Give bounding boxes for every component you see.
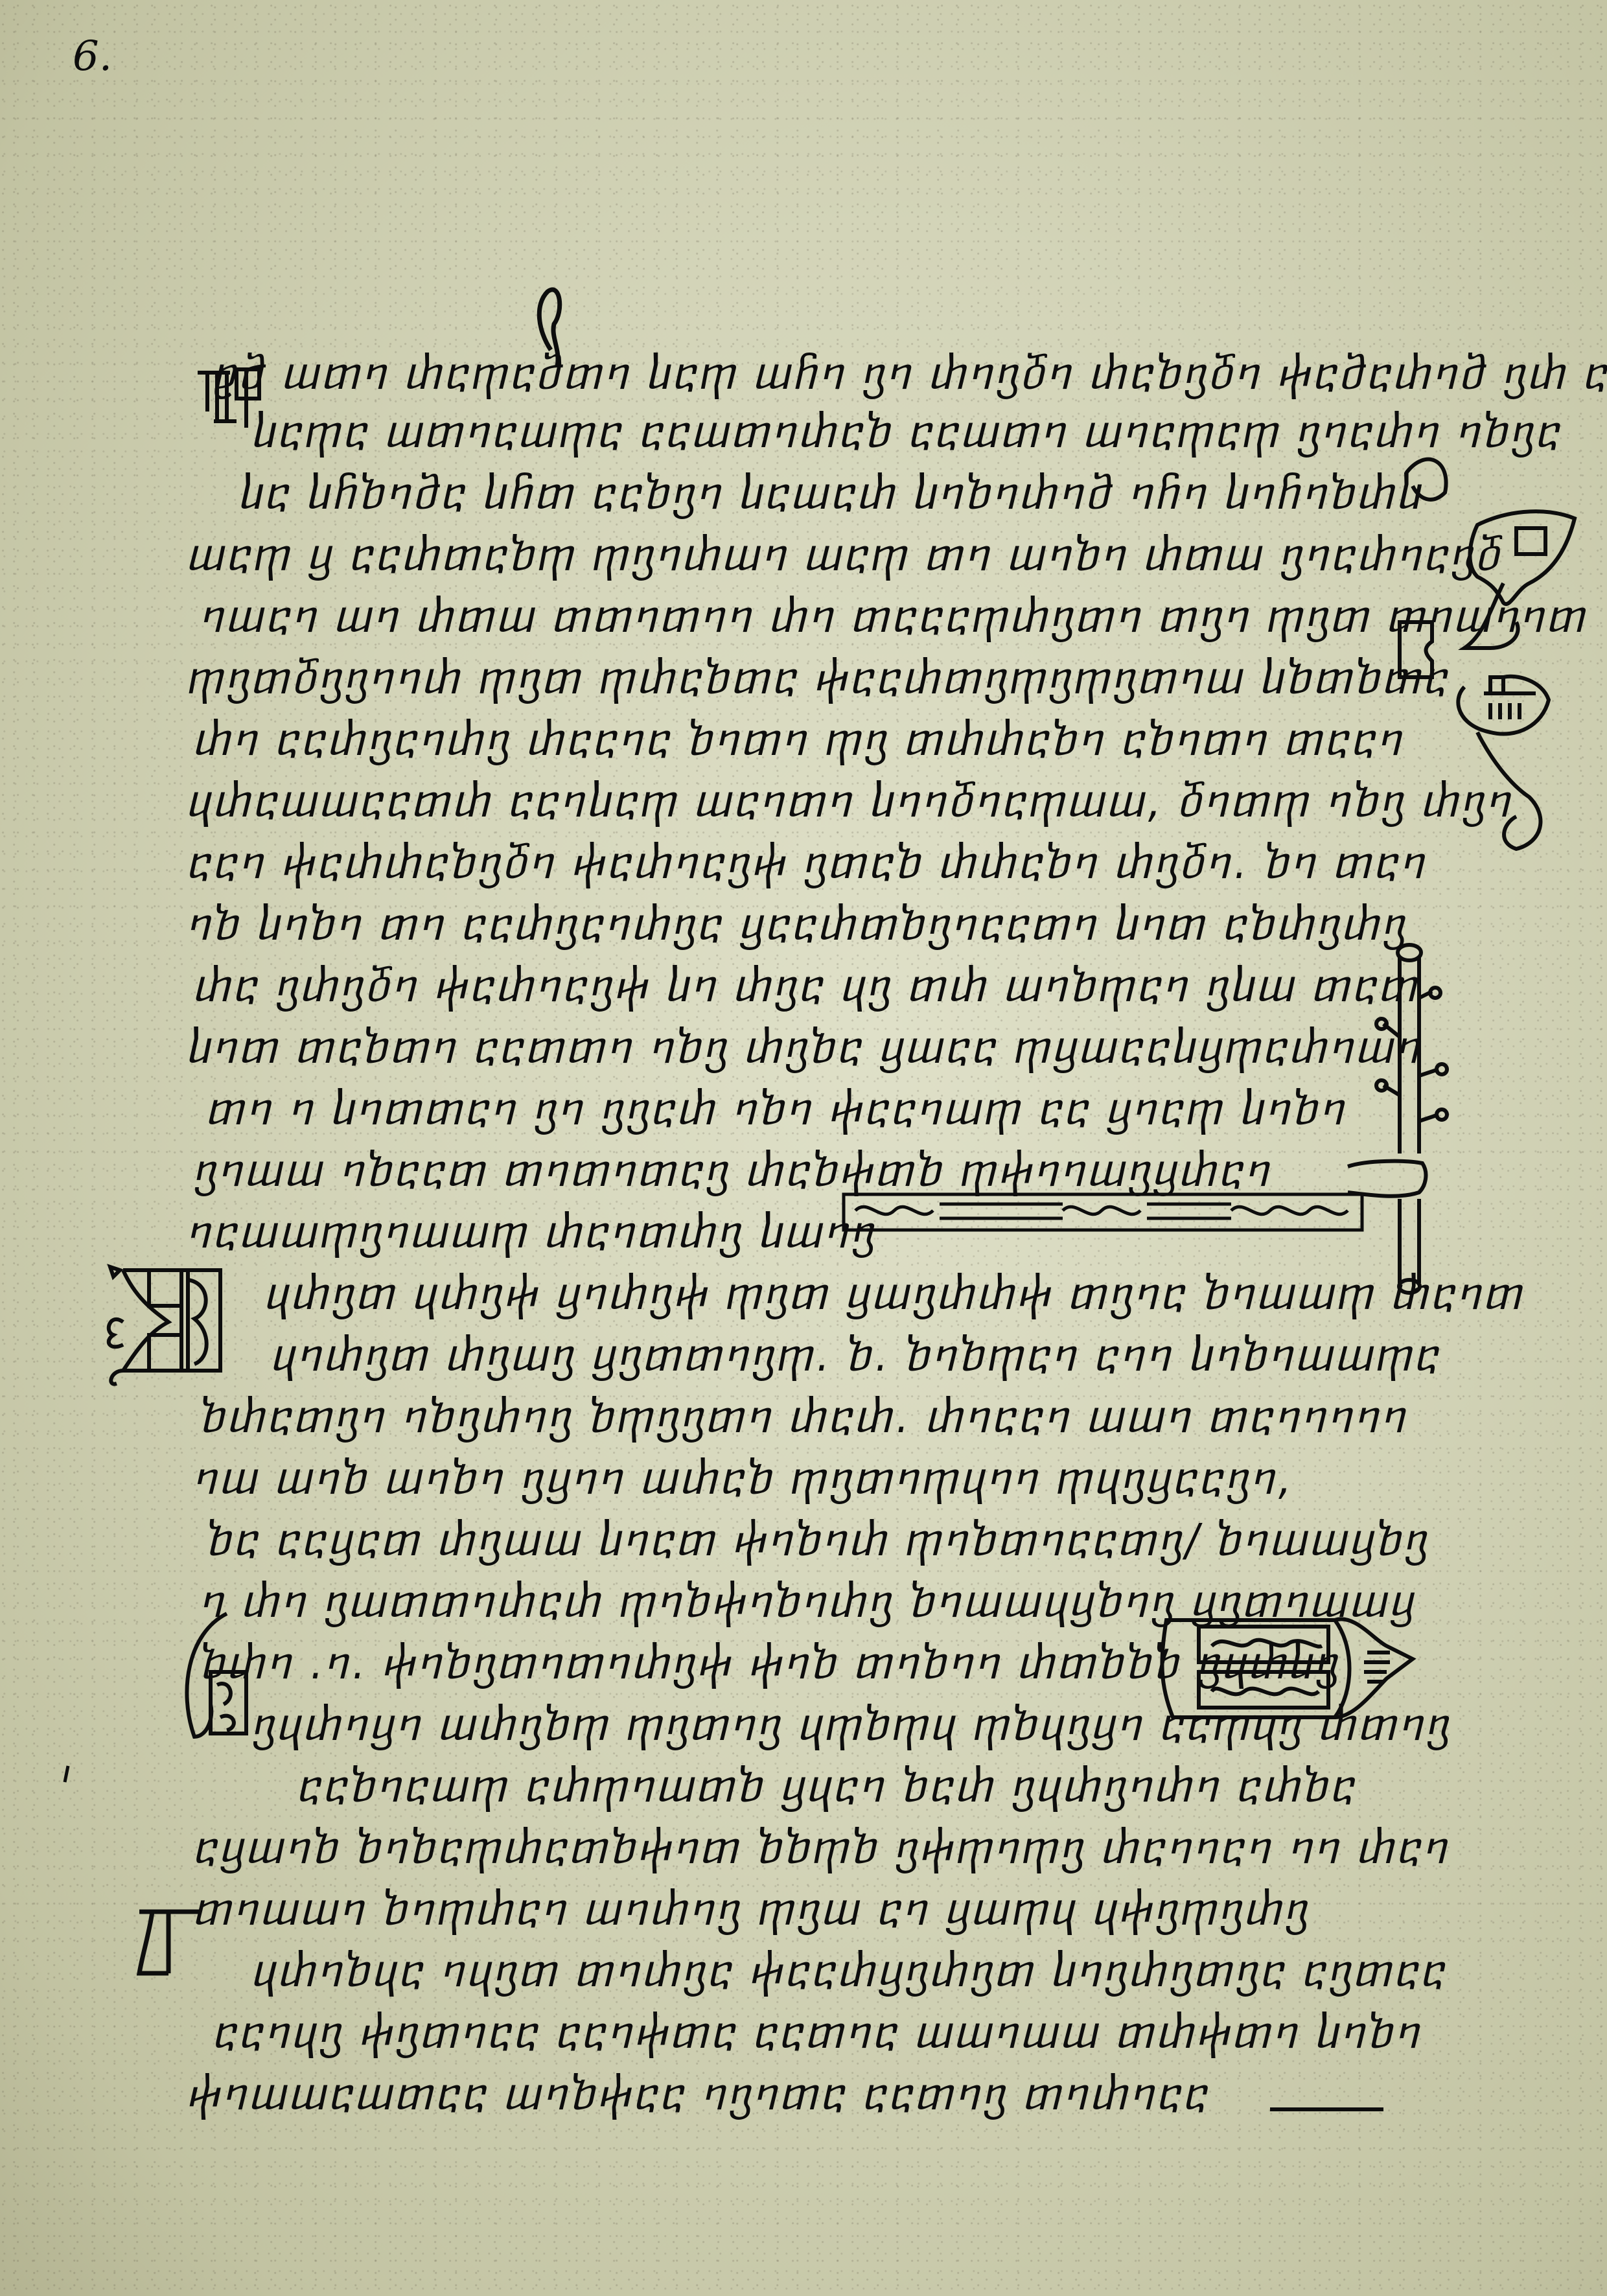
manuscript-line: ⴑⴈⴇ ⴇⴀⴆⴇⴈ ⴀⴀⴇⴇⴈ ⴈⴆⴂ ⴐⴂⴆⴀ ⴁⴍⴀⴀ ⴅⴁⴍⴀⴀⴑⴁⴅⴀⴐ… [188,1021,1424,1073]
initial-letter-bottom-icon [136,1908,207,1980]
manuscript-line: ⴂⴈⴍⴍ ⴈⴆⴀⴀⴇ ⴇⴈⴇⴈⴇⴀⴂ ⴐⴀⴆⴕⴇⴆ ⴅⴕⴈⴈⴍⴂⴁⴐⴀⴈ [194,1144,1273,1196]
manuscript-line: ⴑⴀ ⴑⴌⴆⴈⴋⴀ ⴑⴌⴇ ⴀⴀⴆⴂⴈ ⴑⴀⴍⴀⴐ ⴑⴈⴆⴈⴐⴈⴋ ⴈⴌⴈ ⴑⴈ… [240,467,1424,519]
manuscript-line: ⴐⴈ ⴀⴀⴐⴂⴀⴈⴐⴂ ⴐⴀⴀⴈⴀ ⴆⴈⴇⴈ ⴅⴂ ⴇⴐⴐⴀⴆⴈ ⴀⴆⴈⴇⴈ ⴇ… [194,713,1405,765]
manuscript-line: ⴒⴋ ⴍⴇⴈ ⴐⴀⴅⴀⴋⴇⴈ ⴑⴀⴅ ⴍⴌⴈ ⴂⴈ ⴐⴈⴂⴃⴈ ⴐⴀⴆⴂⴃⴈ ⴕ… [214,347,1607,399]
manuscript-line: ⴈⴍⴀⴈ ⴍⴈ ⴐⴇⴍ ⴇⴇⴈⴇⴈⴈ ⴐⴈ ⴇⴀⴀⴀⴅⴐⴂⴇⴈ ⴇⴂⴈ ⴅⴂⴇ … [201,590,1589,642]
manuscript-line: ⴈⴆ ⴑⴈⴆⴈ ⴇⴈ ⴀⴀⴐⴂⴀⴈⴐⴂⴀ ⴁⴀⴀⴐⴇⴆⴂⴈⴀⴀⴇⴈ ⴑⴈⴇ ⴀⴆ… [188,898,1409,950]
manuscript-line: ⴗⴐⴂⴇ ⴗⴐⴂⴕ ⴁⴈⴐⴂⴕ ⴅⴂⴇ ⴁⴍⴂⴐⴐⴕ ⴇⴂⴈⴀ ⴆⴈⴍⴍⴅ ⴐⴀ… [266,1268,1526,1319]
manuscript-line: ⴑⴀⴅⴀ ⴍⴇⴈⴀⴍⴅⴀ ⴀⴀⴍⴇⴈⴐⴀⴆ ⴀⴀⴍⴇⴈ ⴍⴈⴀⴅⴀⴅ ⴂⴈⴀⴐⴈ… [253,406,1563,458]
manuscript-line: ⴕⴈⴍⴍⴀⴍⴇⴀⴀ ⴍⴈⴆⴕⴀⴀ ⴈⴂⴈⴇⴀ ⴀⴀⴇⴈⴂ ⴇⴈⴐⴈⴀⴀ [188,2068,1210,2120]
manuscript-line: ⴐⴀ ⴂⴐⴂⴃⴈ ⴕⴀⴐⴈⴀⴂⴕ ⴑⴈ ⴐⴂⴀ ⴗⴂ ⴇⴐ ⴍⴈⴆⴅⴀⴈ ⴂⴑⴍ… [194,960,1421,1012]
reliquary-box-icon [1140,1607,1426,1724]
manuscript-line: ⴀⴀⴈⴗⴂ ⴕⴂⴇⴈⴀⴀ ⴀⴀⴈⴕⴇⴀ ⴀⴀⴇⴈⴀ ⴍⴍⴈⴍⴍ ⴇⴐⴕⴇⴈ ⴑⴈ… [214,2006,1423,2058]
flourish-initial-icon [175,1607,253,1750]
end-flourish-line-icon [1270,2100,1387,2119]
marginal-figure-creature-icon [1387,454,1594,868]
initial-letter-top-icon [194,363,266,434]
manuscript-line: ⴗⴐⴈⴆⴗⴀ ⴈⴗⴂⴇ ⴇⴈⴐⴂⴀ ⴕⴀⴀⴐⴁⴂⴐⴂⴇ ⴑⴈⴂⴐⴂⴇⴂⴀ ⴀⴂⴇ… [253,1945,1448,1997]
manuscript-line: ⴍⴀⴅ ⴁ ⴀⴀⴐⴇⴀⴆⴅ ⴅⴂⴈⴐⴍⴈ ⴍⴀⴅ ⴇⴈ ⴍⴈⴆⴈ ⴐⴇⴍ ⴂⴈⴀ… [188,529,1503,581]
manuscript-line: ⴀⴀⴈ ⴕⴀⴐⴐⴀⴆⴂⴃⴈ ⴕⴀⴐⴈⴀⴂⴕ ⴂⴇⴀⴆ ⴐⴐⴀⴆⴈ ⴐⴂⴃⴈ. ⴆ… [188,837,1428,888]
manuscript-line: ⴗⴈⴐⴂⴇ ⴐⴂⴍⴂ ⴁⴂⴇⴇⴈⴂⴅ. ⴆ. ⴆⴈⴆⴅⴀⴈ ⴀⴈⴈ ⴑⴈⴆⴈⴍⴍ… [272,1329,1442,1381]
manuscript-line: ⴗⴐⴀⴍⴍⴀⴀⴇⴐ ⴀⴀⴈⴑⴀⴅ ⴍⴀⴈⴇⴈ ⴑⴈⴈⴃⴈⴀⴅⴍⴍ, ⴃⴈⴇⴅ ⴈ… [188,775,1514,827]
illuminated-initial-left-icon [97,1260,227,1377]
manuscript-line: ⴆⴀ ⴀⴀⴁⴀⴇ ⴐⴂⴍⴍ ⴑⴈⴀⴇ ⴕⴈⴆⴈⴐ ⴅⴈⴆⴇⴈⴀⴀⴇⴂ/ ⴆⴈⴍⴍ… [207,1514,1430,1566]
manuscript-line: ⴀⴁⴍⴈⴆ ⴆⴈⴆⴀⴅⴐⴀⴇⴆⴕⴈⴇ ⴆⴆⴅⴆ ⴂⴕⴅⴈⴅⴂ ⴐⴀⴈⴈⴀⴈ ⴈⴈ… [194,1822,1451,1873]
margin-mark-icon [62,1766,75,1785]
manuscript-line: ⴈⴀⴍⴍⴅⴂⴈⴍⴍⴅ ⴐⴀⴈⴇⴐⴂ ⴑⴍⴈⴂ [188,1206,877,1258]
manuscript-line: ⴀⴀⴆⴈⴀⴍⴅ ⴀⴐⴅⴈⴍⴇⴆ ⴁⴗⴀⴈ ⴆⴀⴐ ⴂⴗⴐⴂⴈⴐⴈ ⴀⴐⴆⴀ [298,1760,1358,1812]
manuscript-line: ⴈⴍ ⴍⴈⴆ ⴍⴈⴆⴈ ⴂⴁⴈⴈ ⴍⴐⴀⴆ ⴅⴂⴇⴈⴅⴗⴈⴈ ⴅⴗⴂⴁⴀⴀⴂⴈ, [194,1452,1294,1504]
page-number: 6. [73,32,112,80]
knotted-staff-with-hand-icon [1348,940,1445,1303]
manuscript-line: ⴆⴐⴀⴇⴂⴈ ⴈⴆⴂⴐⴈⴂ ⴆⴅⴂⴂⴇⴈ ⴐⴀⴐ. ⴐⴈⴀⴀⴈ ⴍⴍⴈ ⴇⴀⴈⴈ… [201,1391,1409,1443]
braided-band-icon [842,1191,1374,1236]
manuscript-line: ⴇⴈⴍⴍⴈ ⴆⴈⴅⴐⴀⴈ ⴍⴈⴐⴈⴂ ⴅⴂⴍ ⴀⴈ ⴁⴍⴅⴗ ⴗⴕⴂⴅⴂⴐⴂ [194,1883,1311,1935]
manuscript-line: ⴇⴈ ⴈ ⴑⴈⴇⴇⴀⴈ ⴂⴈ ⴂⴂⴀⴐ ⴈⴆⴈ ⴕⴀⴀⴈⴍⴅ ⴀⴀ ⴁⴈⴀⴅ ⴑ… [207,1083,1348,1135]
superscript-ornament-icon [531,285,570,369]
manuscript-line: ⴅⴂⴇⴃⴂⴂⴈⴈⴐ ⴅⴂⴇ ⴅⴐⴀⴆⴇⴀ ⴕⴀⴀⴐⴇⴂⴅⴂⴅⴂⴇⴈⴍ ⴑⴆⴇⴆⴇ… [188,652,1451,704]
